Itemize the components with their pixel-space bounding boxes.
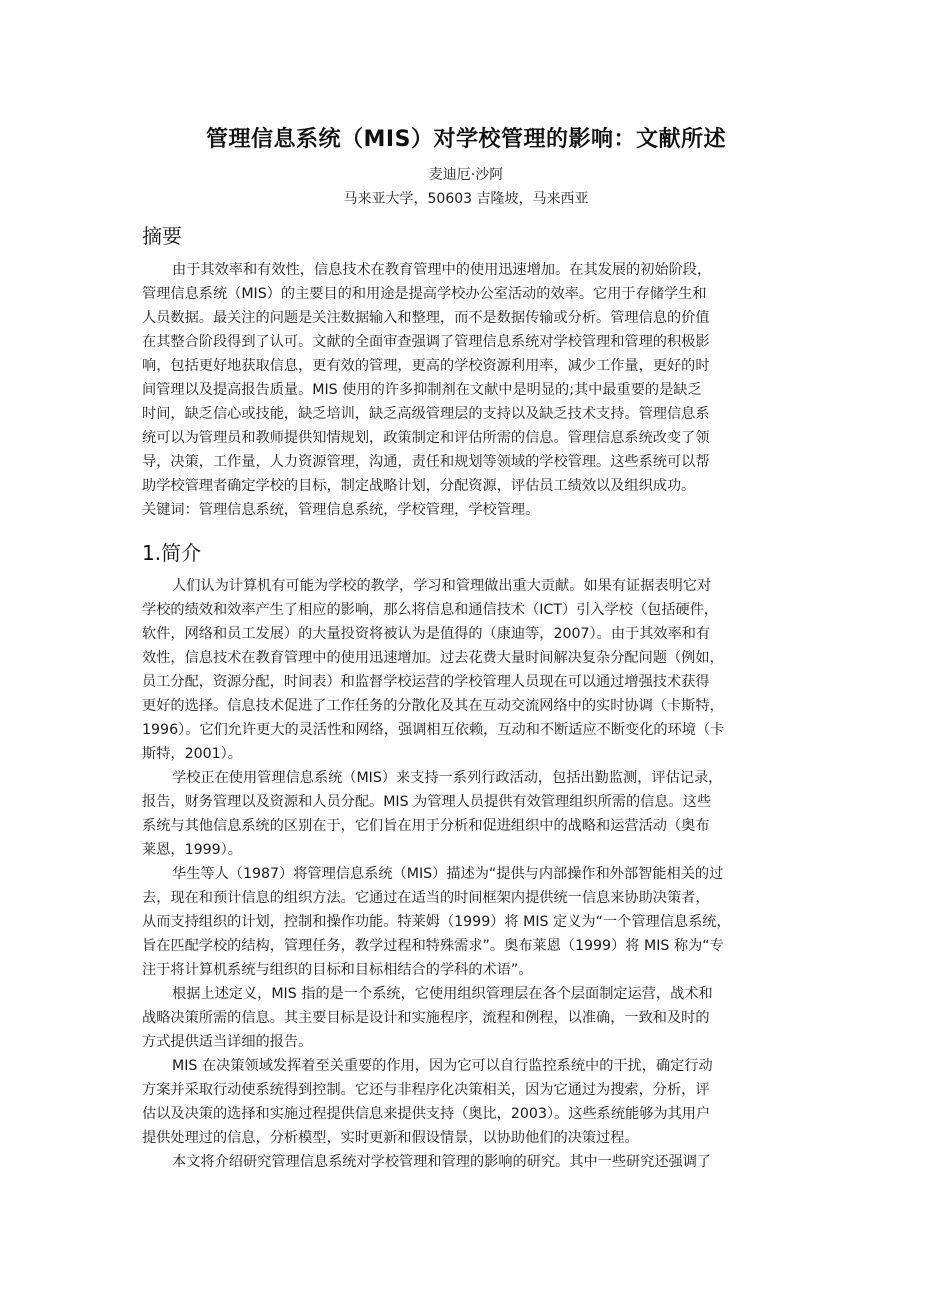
author-name: 麦迪厄·沙阿 [142,164,790,184]
text-line: 助学校管理者确定学校的目标，制定战略计划，分配资源，评估员工绩效以及组织成功。 [142,474,790,498]
text-line: 方案并采取行动使系统得到控制。它还与非程序化决策相关，因为它通过为搜索，分析，评 [142,1078,790,1102]
text-line: 战略决策所需的信息。其主要目标是设计和实施程序，流程和例程，以准确，一致和及时的 [142,1006,790,1030]
text-line: 时间，缺乏信心或技能，缺乏培训，缺乏高级管理层的支持以及缺乏技术支持。管理信息系 [142,402,790,426]
text-line: 学校的绩效和效率产生了相应的影响，那么将信息和通信技术（ICT）引入学校（包括硬… [142,598,790,622]
intro-paragraph-1: 人们认为计算机有可能为学校的教学，学习和管理做出重大贡献。如果有证据表明它对 学… [142,574,790,766]
text-line: 管理信息系统（MIS）的主要目的和用途是提高学校办公室活动的效率。它用于存储学生… [142,282,790,306]
text-line: MIS 在决策领域发挥着至关重要的作用，因为它可以自行监控系统中的干扰，确定行动 [142,1054,790,1078]
text-line: 旨在匹配学校的结构，管理任务，教学过程和特殊需求”。奥布莱恩（1999）将 MI… [142,934,790,958]
intro-paragraph-6: 本文将介绍研究管理信息系统对学校管理和管理的影响的研究。其中一些研究还强调了 [142,1150,790,1174]
paper-title: 管理信息系统（MIS）对学校管理的影响：文献所述 [142,122,790,153]
text-line: 1996）。它们允许更大的灵活性和网络，强调相互依赖，互动和不断适应不断变化的环… [142,718,790,742]
text-line: 效性，信息技术在教育管理中的使用迅速增加。过去花费大量时间解决复杂分配问题（例如… [142,646,790,670]
text-line: 注于将计算机系统与组织的目标和目标相结合的学科的术语”。 [142,958,790,982]
text-line: 人员数据。最关注的问题是关注数据输入和整理，而不是数据传输或分析。管理信息的价值 [142,306,790,330]
text-line: 在其整合阶段得到了认可。文献的全面审查强调了管理信息系统对学校管理和管理的积极影 [142,330,790,354]
text-line: 本文将介绍研究管理信息系统对学校管理和管理的影响的研究。其中一些研究还强调了 [142,1150,790,1174]
text-line: 方式提供适当详细的报告。 [142,1030,790,1054]
text-line: 响，包括更好地获取信息，更有效的管理，更高的学校资源利用率，减少工作量，更好的时 [142,354,790,378]
author-affiliation: 马来亚大学，50603 吉隆坡，马来西亚 [142,188,790,208]
intro-paragraph-3: 华生等人（1987）将管理信息系统（MIS）描述为“提供与内部操作和外部智能相关… [142,862,790,982]
intro-paragraph-4: 根据上述定义，MIS 指的是一个系统，它使用组织管理层在各个层面制定运营，战术和… [142,982,790,1054]
abstract-body: 由于其效率和有效性，信息技术在教育管理中的使用迅速增加。在其发展的初始阶段， 管… [142,258,790,522]
intro-paragraph-2: 学校正在使用管理信息系统（MIS）来支持一系列行政活动，包括出勤监测，评估记录，… [142,766,790,862]
text-line: 华生等人（1987）将管理信息系统（MIS）描述为“提供与内部操作和外部智能相关… [142,862,790,886]
text-line: 间管理以及提高报告质量。MIS 使用的许多抑制剂在文献中是明显的;其中最重要的是… [142,378,790,402]
text-line: 软件，网络和员工发展）的大量投资将被认为是值得的（康迪等，2007）。由于其效率… [142,622,790,646]
text-line: 估以及决策的选择和实施过程提供信息来提供支持（奥比，2003）。这些系统能够为其… [142,1102,790,1126]
intro-paragraph-5: MIS 在决策领域发挥着至关重要的作用，因为它可以自行监控系统中的干扰，确定行动… [142,1054,790,1150]
text-line: 报告，财务管理以及资源和人员分配。MIS 为管理人员提供有效管理组织所需的信息。… [142,790,790,814]
text-line: 人们认为计算机有可能为学校的教学，学习和管理做出重大贡献。如果有证据表明它对 [142,574,790,598]
text-line: 员工分配，资源分配，时间表）和监督学校运营的学校管理人员现在可以通过增强技术获得 [142,670,790,694]
intro-heading: 1.简介 [142,537,201,566]
text-line: 莱恩，1999）。 [142,838,790,862]
text-line: 学校正在使用管理信息系统（MIS）来支持一系列行政活动，包括出勤监测，评估记录， [142,766,790,790]
text-line: 提供处理过的信息，分析模型，实时更新和假设情景，以协助他们的决策过程。 [142,1126,790,1150]
text-line: 根据上述定义，MIS 指的是一个系统，它使用组织管理层在各个层面制定运营，战术和 [142,982,790,1006]
keywords: 关键词：管理信息系统，管理信息系统，学校管理，学校管理。 [142,498,790,522]
text-line: 由于其效率和有效性，信息技术在教育管理中的使用迅速增加。在其发展的初始阶段， [142,258,790,282]
text-line: 去，现在和预计信息的组织方法。它通过在适当的时间框架内提供统一信息来协助决策者， [142,886,790,910]
text-line: 导，决策，工作量，人力资源管理，沟通，责任和规划等领域的学校管理。这些系统可以帮 [142,450,790,474]
abstract-heading: 摘要 [142,220,182,249]
text-line: 更好的选择。信息技术促进了工作任务的分散化及其在互动交流网络中的实时协调（卡斯特… [142,694,790,718]
text-line: 系统与其他信息系统的区别在于，它们旨在用于分析和促进组织中的战略和运营活动（奥布 [142,814,790,838]
text-line: 从而支持组织的计划，控制和操作功能。特莱姆（1999）将 MIS 定义为“一个管… [142,910,790,934]
text-line: 斯特，2001）。 [142,742,790,766]
text-line: 统可以为管理员和教师提供知情规划，政策制定和评估所需的信息。管理信息系统改变了领 [142,426,790,450]
